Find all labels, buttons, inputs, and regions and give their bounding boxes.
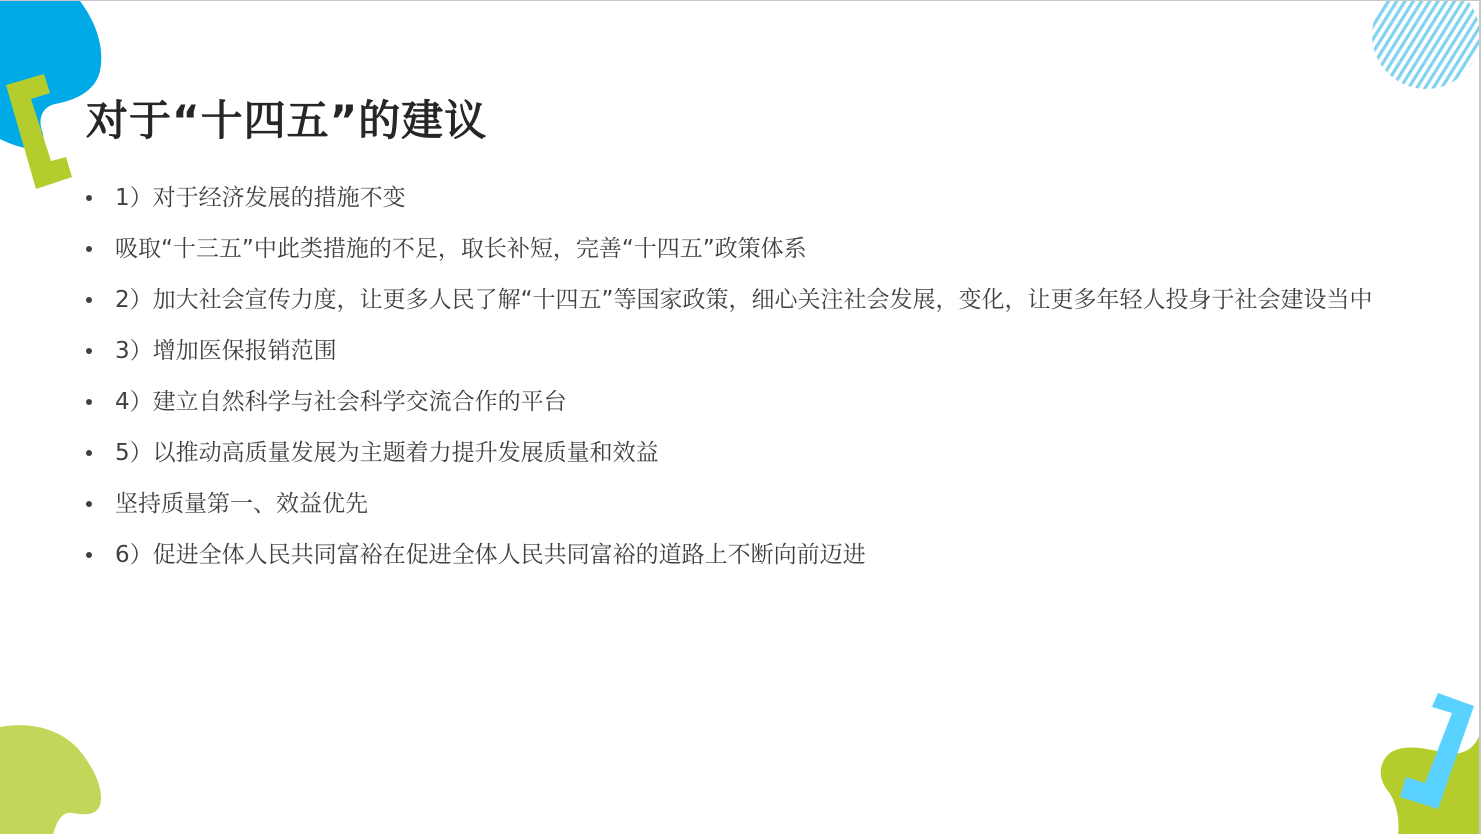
bullet-dot-icon <box>86 399 92 405</box>
bullet-item: 吸取“十三五”中此类措施的不足，取长补短，完善“十四五”政策体系 <box>86 232 1406 266</box>
bullet-item: 1）对于经济发展的措施不变 <box>86 181 1406 215</box>
bullet-dot-icon <box>86 195 92 201</box>
bullet-dot-icon <box>86 450 92 456</box>
slide-title: 对于“十四五”的建议 <box>86 93 487 149</box>
bullet-item: 4）建立自然科学与社会科学交流合作的平台 <box>86 385 1406 419</box>
blue-bracket-right-icon <box>1400 693 1474 809</box>
green-blob-bottom-left <box>0 725 101 834</box>
bullet-item: 5）以推动高质量发展为主题着力提升发展质量和效益 <box>86 436 1406 470</box>
bullet-text: 2）加大社会宣传力度，让更多人民了解“十四五”等国家政策，细心关注社会发展，变化… <box>115 287 1372 313</box>
bullet-text: 坚持质量第一、效益优先 <box>115 491 368 517</box>
bullet-dot-icon <box>86 552 92 558</box>
bullet-text: 6）促进全体人民共同富裕在促进全体人民共同富裕的道路上不断向前迈进 <box>115 542 866 568</box>
bullet-list: 1）对于经济发展的措施不变 吸取“十三五”中此类措施的不足，取长补短，完善“十四… <box>86 181 1406 589</box>
bullet-dot-icon <box>86 297 92 303</box>
bullet-text: 1）对于经济发展的措施不变 <box>115 185 406 211</box>
striped-circle-top-right <box>1360 1 1481 101</box>
bullet-dot-icon <box>86 246 92 252</box>
bullet-dot-icon <box>86 501 92 507</box>
bullet-dot-icon <box>86 348 92 354</box>
bullet-text: 4）建立自然科学与社会科学交流合作的平台 <box>115 389 567 415</box>
bullet-text: 3）增加医保报销范围 <box>115 338 337 364</box>
green-bracket-left-icon <box>6 74 72 189</box>
bullet-item: 2）加大社会宣传力度，让更多人民了解“十四五”等国家政策，细心关注社会发展，变化… <box>86 283 1406 317</box>
green-blob-bottom-right <box>1381 736 1479 834</box>
bullet-item: 坚持质量第一、效益优先 <box>86 487 1406 521</box>
bullet-text: 吸取“十三五”中此类措施的不足，取长补短，完善“十四五”政策体系 <box>115 236 807 262</box>
bullet-item: 6）促进全体人民共同富裕在促进全体人民共同富裕的道路上不断向前迈进 <box>86 538 1406 572</box>
slide: 对于“十四五”的建议 1）对于经济发展的措施不变 吸取“十三五”中此类措施的不足… <box>0 0 1481 834</box>
bullet-item: 3）增加医保报销范围 <box>86 334 1406 368</box>
bullet-text: 5）以推动高质量发展为主题着力提升发展质量和效益 <box>115 440 659 466</box>
